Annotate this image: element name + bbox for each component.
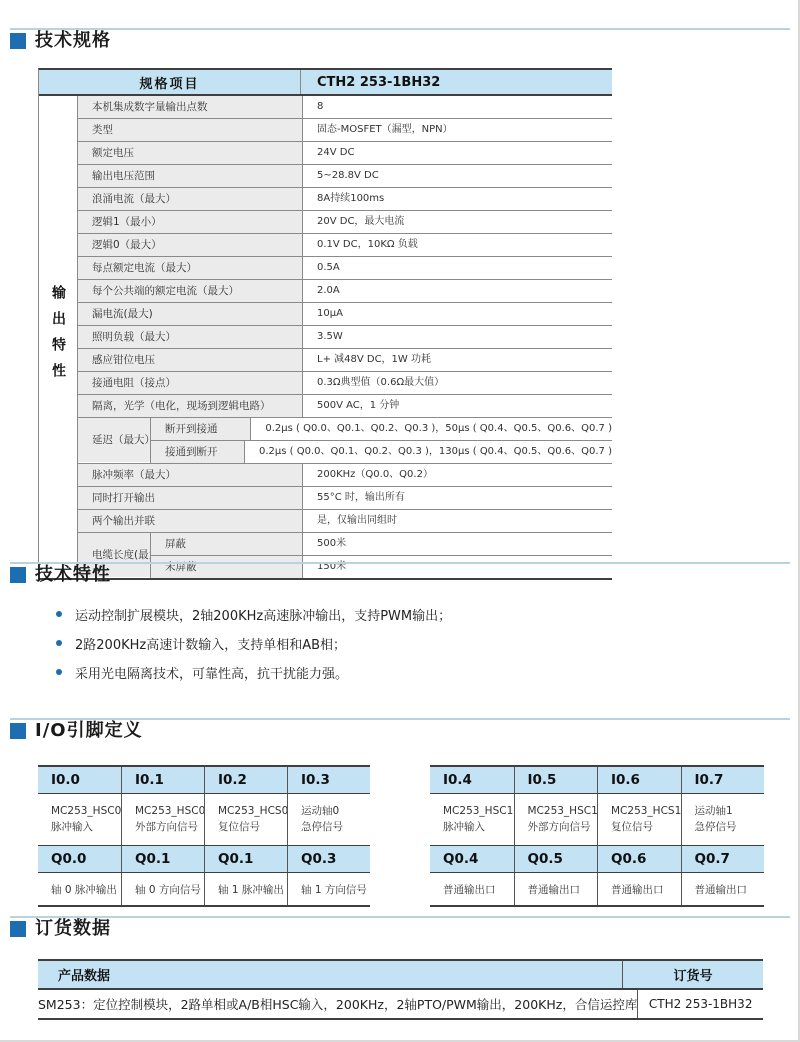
section-marker-square [10, 723, 26, 739]
spec-row-value: 8A持续100ms [302, 188, 612, 210]
io-input-desc: MC253_HCS0复位信号 [204, 794, 287, 846]
spec-row-label: 同时打开输出 [78, 487, 302, 509]
spec-row-value: L+ 减48V DC，1W 功耗 [302, 349, 612, 371]
spec-row-group-cable: 电缆长度(最大) 屏蔽500米 未屏蔽150米 [78, 533, 612, 578]
datasheet-page: 技术规格 规格项目 CTH2 253-1BH32 输出特性 本机集成数字量输出点… [0, 0, 800, 1042]
feature-text: 采用光电隔离技术，可靠性高，抗干扰能力强。 [75, 663, 348, 682]
section-title-specs: 技术规格 [35, 30, 111, 52]
section-title-features: 技术特性 [35, 564, 111, 586]
io-output-pin: Q0.4 [430, 846, 514, 873]
io-desc-line1: MC253_HCS1 [611, 803, 677, 819]
io-desc-line1: MC253_HSC0 [51, 803, 117, 819]
spec-header-item: 规格项目 [39, 73, 300, 92]
spec-sublabel: 断开到接通 [150, 418, 250, 440]
spec-row-value: 55°C 时，输出所有 [302, 487, 612, 509]
io-input-desc: MC253_HSC0外部方向信号 [121, 794, 204, 846]
table-row: 断开到接通0.2μs ( Q0.0、Q0.1、Q0.2、Q0.3 )，50μs … [150, 418, 612, 441]
io-output-pin: Q0.6 [597, 846, 681, 873]
spec-rows: 本机集成数字量输出点数8 类型固态-MOSFET（漏型，NPN） 额定电压24V… [77, 96, 612, 578]
spec-row-value: 0.1V DC，10KΩ 负载 [302, 234, 612, 256]
spec-table-header-row: 规格项目 CTH2 253-1BH32 [39, 70, 612, 96]
io-output-desc: 普通输出口 [430, 873, 514, 905]
io-input-desc: 运动轴1急停信号 [681, 794, 765, 846]
io-input-pin: I0.4 [430, 767, 514, 794]
table-row: 本机集成数字量输出点数8 [78, 96, 612, 119]
order-number: CTH2 253-1BH32 [637, 990, 763, 1018]
section-marker-square [10, 33, 26, 49]
io-table-left: I0.0 I0.1 I0.2 I0.3 MC253_HSC0脉冲输入 MC253… [38, 765, 370, 907]
spec-table-body: 输出特性 本机集成数字量输出点数8 类型固态-MOSFET（漏型，NPN） 额定… [39, 96, 612, 578]
spec-sublabel: 接通到断开 [150, 441, 244, 463]
table-row: 逻辑0（最大）0.1V DC，10KΩ 负载 [78, 234, 612, 257]
io-input-pin: I0.7 [681, 767, 765, 794]
io-output-desc: 轴 0 脉冲输出 [38, 873, 121, 905]
feature-text: 2路200KHz高速计数输入，支持单相和AB相； [75, 634, 346, 653]
spec-row-label: 两个输出并联 [78, 510, 302, 532]
table-row: SM253：定位控制模块，2路单相或A/B相HSC输入，200KHz，2轴PTO… [38, 990, 763, 1018]
io-desc-line2: 急停信号 [695, 819, 761, 835]
io-output-desc: 普通输出口 [681, 873, 765, 905]
spec-row-value: 20V DC，最大电流 [302, 211, 612, 233]
table-row: 逻辑1（最小）20V DC，最大电流 [78, 211, 612, 234]
spec-row-value: 24V DC [302, 142, 612, 164]
spec-category-label: 输出特性 [48, 285, 68, 389]
io-desc-line2: 外部方向信号 [528, 819, 594, 835]
spec-row-label: 脉冲频率（最大） [78, 464, 302, 486]
section-title-ordering: 订货数据 [35, 918, 111, 940]
spec-row-value: 0.5A [302, 257, 612, 279]
io-output-pin: Q0.1 [204, 846, 287, 873]
spec-row-value: 8 [302, 96, 612, 118]
order-table-header-row: 产品数据 订货号 [38, 961, 763, 990]
io-input-desc: MC253_HCS1复位信号 [597, 794, 681, 846]
spec-row-value: 10μA [302, 303, 612, 325]
spec-row-label: 每点额定电流（最大） [78, 257, 302, 279]
spec-row-label: 接通电阻（接点） [78, 372, 302, 394]
table-row: 未屏蔽150米 [150, 556, 612, 578]
list-item: 2路200KHz高速计数输入，支持单相和AB相； [56, 633, 451, 653]
io-desc-line2: 复位信号 [218, 819, 283, 835]
table-row: 感应钳位电压L+ 减48V DC，1W 功耗 [78, 349, 612, 372]
spec-row-value: 5~28.8V DC [302, 165, 612, 187]
section-header-ordering: 订货数据 [10, 918, 111, 940]
io-output-desc: 普通输出口 [514, 873, 598, 905]
spec-row-value: 500米 [302, 533, 612, 555]
io-output-desc: 轴 1 方向信号 [287, 873, 370, 905]
io-output-pin: Q0.0 [38, 846, 121, 873]
table-row: 每个公共端的额定电流（最大）2.0A [78, 280, 612, 303]
section-marker-square [10, 567, 26, 583]
io-desc-line1: MC253_HCS0 [218, 803, 283, 819]
io-desc-line2: 脉冲输入 [443, 819, 510, 835]
spec-row-label: 漏电流(最大) [78, 303, 302, 325]
io-desc-line1: 运动轴0 [301, 803, 366, 819]
table-row: 照明负载（最大）3.5W [78, 326, 612, 349]
bullet-icon [56, 669, 62, 675]
order-header-product: 产品数据 [38, 961, 622, 988]
spec-row-label: 本机集成数字量输出点数 [78, 96, 302, 118]
bullet-icon [56, 611, 62, 617]
io-desc-line1: MC253_HSC0 [135, 803, 200, 819]
spec-sublabel: 未屏蔽 [150, 556, 302, 578]
table-row: 浪涌电流（最大）8A持续100ms [78, 188, 612, 211]
spec-row-value: 0.2μs ( Q0.0、Q0.1、Q0.2、Q0.3 )，50μs ( Q0.… [250, 418, 612, 440]
io-input-pin: I0.5 [514, 767, 598, 794]
spec-sublabel: 屏蔽 [150, 533, 302, 555]
spec-row-label: 额定电压 [78, 142, 302, 164]
spec-group-label: 延迟（最大） [78, 418, 150, 462]
order-header-number: 订货号 [622, 961, 763, 988]
spec-row-label: 每个公共端的额定电流（最大） [78, 280, 302, 302]
spec-row-value: 是，仅输出同组时 [302, 510, 612, 532]
io-desc-line2: 复位信号 [611, 819, 677, 835]
bullet-icon [56, 640, 62, 646]
spec-row-label: 输出电压范围 [78, 165, 302, 187]
spec-row-label: 逻辑0（最大） [78, 234, 302, 256]
spec-row-value: 500V AC，1 分钟 [302, 395, 612, 417]
spec-header-product: CTH2 253-1BH32 [300, 70, 612, 94]
table-row: 漏电流(最大)10μA [78, 303, 612, 326]
spec-row-label: 浪涌电流（最大） [78, 188, 302, 210]
io-output-desc: 普通输出口 [597, 873, 681, 905]
io-output-pin: Q0.5 [514, 846, 598, 873]
table-row: 每点额定电流（最大）0.5A [78, 257, 612, 280]
table-row: 类型固态-MOSFET（漏型，NPN） [78, 119, 612, 142]
spec-row-value: 固态-MOSFET（漏型，NPN） [302, 119, 612, 141]
io-input-pin: I0.6 [597, 767, 681, 794]
io-input-desc: MC253_HSC0脉冲输入 [38, 794, 121, 846]
section-title-io: I/O引脚定义 [35, 720, 143, 742]
table-row: 脉冲频率（最大）200KHz（Q0.0、Q0.2） [78, 464, 612, 487]
spec-row-value: 0.3Ω典型值（0.6Ω最大值） [302, 372, 612, 394]
section-rule [10, 916, 790, 918]
feature-list: 运动控制扩展模块，2轴200KHz高速脉冲输出，支持PWM输出； 2路200KH… [56, 604, 451, 691]
spec-category-cell: 输出特性 [39, 96, 77, 578]
section-header-specs: 技术规格 [10, 30, 111, 52]
io-input-desc: MC253_HSC1脉冲输入 [430, 794, 514, 846]
io-input-pin: I0.2 [204, 767, 287, 794]
table-row: 隔离，光学（电化，现场到逻辑电路）500V AC，1 分钟 [78, 395, 612, 418]
section-header-features: 技术特性 [10, 564, 111, 586]
spec-row-label: 照明负载（最大） [78, 326, 302, 348]
io-table-right: I0.4 I0.5 I0.6 I0.7 MC253_HSC1脉冲输入 MC253… [430, 765, 764, 907]
spec-row-value: 200KHz（Q0.0、Q0.2） [302, 464, 612, 486]
spec-group-rows: 屏蔽500米 未屏蔽150米 [150, 533, 612, 578]
spec-row-value: 0.2μs ( Q0.0、Q0.1、Q0.2、Q0.3 )，130μs ( Q0… [244, 441, 612, 463]
io-output-desc: 轴 0 方向信号 [121, 873, 204, 905]
io-output-pin: Q0.1 [121, 846, 204, 873]
section-header-io: I/O引脚定义 [10, 720, 143, 742]
io-output-desc: 轴 1 脉冲输出 [204, 873, 287, 905]
io-input-pin: I0.0 [38, 767, 121, 794]
io-output-pin: Q0.7 [681, 846, 765, 873]
io-desc-line2: 外部方向信号 [135, 819, 200, 835]
section-rule [10, 28, 790, 30]
spec-row-label: 感应钳位电压 [78, 349, 302, 371]
table-row: 屏蔽500米 [150, 533, 612, 556]
io-input-desc: 运动轴0急停信号 [287, 794, 370, 846]
feature-text: 运动控制扩展模块，2轴200KHz高速脉冲输出，支持PWM输出； [75, 605, 451, 624]
order-table: 产品数据 订货号 SM253：定位控制模块，2路单相或A/B相HSC输入，200… [38, 959, 763, 1020]
io-input-pin: I0.3 [287, 767, 370, 794]
table-row: 接通电阻（接点）0.3Ω典型值（0.6Ω最大值） [78, 372, 612, 395]
io-desc-line1: MC253_HSC1 [443, 803, 510, 819]
spec-row-label: 逻辑1（最小） [78, 211, 302, 233]
table-row: 接通到断开0.2μs ( Q0.0、Q0.1、Q0.2、Q0.3 )，130μs… [150, 441, 612, 463]
io-desc-line2: 急停信号 [301, 819, 366, 835]
section-rule [10, 562, 790, 564]
io-input-pin: I0.1 [121, 767, 204, 794]
spec-row-label: 隔离，光学（电化，现场到逻辑电路） [78, 395, 302, 417]
list-item: 采用光电隔离技术，可靠性高，抗干扰能力强。 [56, 662, 451, 682]
spec-group-rows: 断开到接通0.2μs ( Q0.0、Q0.1、Q0.2、Q0.3 )，50μs … [150, 418, 612, 463]
io-desc-line2: 脉冲输入 [51, 819, 117, 835]
io-desc-line1: 运动轴1 [695, 803, 761, 819]
spec-row-value: 150米 [302, 556, 612, 578]
spec-row-label: 类型 [78, 119, 302, 141]
io-output-pin: Q0.3 [287, 846, 370, 873]
spec-row-value: 2.0A [302, 280, 612, 302]
table-row: 两个输出并联是，仅输出同组时 [78, 510, 612, 533]
spec-row-group-delay: 延迟（最大） 断开到接通0.2μs ( Q0.0、Q0.1、Q0.2、Q0.3 … [78, 418, 612, 464]
io-input-desc: MC253_HSC1外部方向信号 [514, 794, 598, 846]
io-desc-line1: MC253_HSC1 [528, 803, 594, 819]
section-marker-square [10, 921, 26, 937]
list-item: 运动控制扩展模块，2轴200KHz高速脉冲输出，支持PWM输出； [56, 604, 451, 624]
table-row: 输出电压范围5~28.8V DC [78, 165, 612, 188]
spec-table: 规格项目 CTH2 253-1BH32 输出特性 本机集成数字量输出点数8 类型… [38, 68, 612, 580]
order-product-desc: SM253：定位控制模块，2路单相或A/B相HSC输入，200KHz，2轴PTO… [38, 990, 637, 1018]
spec-row-value: 3.5W [302, 326, 612, 348]
table-row: 同时打开输出55°C 时，输出所有 [78, 487, 612, 510]
table-row: 额定电压24V DC [78, 142, 612, 165]
